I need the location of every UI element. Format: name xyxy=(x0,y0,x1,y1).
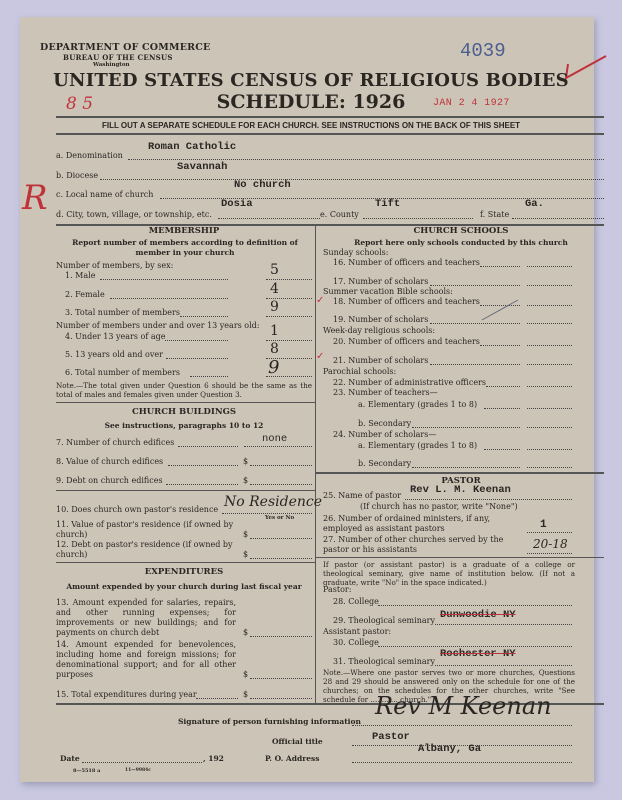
over-13-label: 5. 13 years old and over xyxy=(65,350,163,359)
pastor-seminary-label: 29. Theological seminary xyxy=(333,616,435,625)
edifices-value-field[interactable] xyxy=(250,465,312,466)
benevolences-currency: $ xyxy=(243,670,248,679)
edifices-debt-currency: $ xyxy=(243,476,248,485)
print-code: 11—9984c xyxy=(125,768,151,773)
q22-field[interactable] xyxy=(527,386,572,387)
q23a-field[interactable] xyxy=(527,408,572,409)
pastor-name-label: 25. Name of pastor xyxy=(323,491,401,500)
q22-label: 22. Number of administrative officers xyxy=(333,378,486,387)
po-address-field[interactable]: Albany, Ga xyxy=(418,743,481,755)
pastor-name-field[interactable]: Rev L. M. Keenan xyxy=(410,484,511,496)
red-tick-icon: ✓ xyxy=(316,351,324,362)
q19-label: 19. Number of scholars xyxy=(333,315,428,324)
q23b-label: b. Secondary xyxy=(358,419,411,428)
residence-value-currency: $ xyxy=(243,530,248,539)
denomination-label: a. Denomination xyxy=(56,151,123,160)
salaries-currency: $ xyxy=(243,628,248,637)
buildings-title: CHURCH BUILDINGS xyxy=(56,407,312,417)
membership-note: Note.—The total given under Question 6 s… xyxy=(56,381,312,399)
q19-field[interactable] xyxy=(527,323,572,324)
edifices-count-field[interactable]: none xyxy=(262,433,287,445)
q23b-field[interactable] xyxy=(527,427,572,428)
salaries-expense-label: 13. Amount expended for salaries, repair… xyxy=(56,598,236,638)
under-13-label: 4. Under 13 years of age xyxy=(65,332,165,341)
q16-label: 16. Number of officers and teachers xyxy=(333,258,480,267)
date-label: Date xyxy=(60,754,80,763)
bureau-heading: BUREAU OF THE CENSUS xyxy=(63,53,173,62)
city-heading: Washington xyxy=(93,62,130,68)
assistant-seminary-label: 31. Theological seminary xyxy=(333,657,435,666)
q24a-field[interactable] xyxy=(527,449,572,450)
pastor-college-label: 28. College xyxy=(333,597,379,606)
total-members-field[interactable]: 9 xyxy=(270,299,279,315)
sunday-schools-label: Sunday schools: xyxy=(323,248,388,257)
residence-value-label: 11. Value of pastor's residence (if owne… xyxy=(56,520,236,540)
divider xyxy=(56,133,604,135)
assistant-pastors-label: 26. Number of ordained ministers, if any… xyxy=(323,514,508,534)
pastor-seminary-field[interactable]: Dunwoodie NY xyxy=(440,609,516,621)
female-count-field[interactable]: 4 xyxy=(270,281,279,297)
yes-no-hint: Yes or No xyxy=(265,515,294,521)
q24b-label: b. Secondary xyxy=(358,459,411,468)
total-expenditures-field[interactable] xyxy=(250,698,312,699)
assistant-seminary-field[interactable]: Rochester NY xyxy=(440,648,516,660)
date-year: , 192 xyxy=(203,754,224,763)
signature-label: Signature of person furnishing informati… xyxy=(178,717,361,726)
other-churches-label: 27. Number of other churches served by t… xyxy=(323,535,508,555)
department-heading: DEPARTMENT OF COMMERCE xyxy=(40,42,210,53)
q17-field[interactable] xyxy=(527,285,572,286)
male-label: 1. Male xyxy=(65,271,95,280)
residence-own-label: 10. Does church own pastor's residence xyxy=(56,505,218,514)
total-expenditures-currency: $ xyxy=(243,690,248,699)
benevolences-field[interactable] xyxy=(250,678,312,679)
q17-label: 17. Number of scholars xyxy=(333,277,428,286)
total-members-label: 3. Total number of members xyxy=(65,308,180,317)
city-label: d. City, town, village, or township, etc… xyxy=(56,210,212,219)
summer-schools-label: Summer vacation Bible schools: xyxy=(323,287,453,296)
female-label: 2. Female xyxy=(65,290,105,299)
edifices-value-currency: $ xyxy=(243,457,248,466)
official-title-field[interactable]: Pastor xyxy=(372,731,410,743)
signature-field[interactable]: Rev M Keenan xyxy=(375,692,552,720)
assistant-pastors-field[interactable]: 1 xyxy=(540,519,547,531)
local-name-label: c. Local name of church xyxy=(56,190,153,199)
local-name-field[interactable]: No church xyxy=(234,179,291,191)
form-code: 8—5518 a xyxy=(73,768,100,774)
schedule-year: SCHEDULE: 1926 xyxy=(0,91,622,113)
red-annotation: 8 5 xyxy=(66,94,93,114)
parochial-schools-label: Parochial schools: xyxy=(323,367,396,376)
membership-subtitle: Report number of members according to de… xyxy=(70,238,300,258)
expenditures-title: EXPENDITURES xyxy=(56,567,312,577)
q24-label: 24. Number of scholars— xyxy=(333,430,436,439)
total-members-age-label: 6. Total number of members xyxy=(65,368,180,377)
schools-title: CHURCH SCHOOLS xyxy=(318,226,604,236)
q21-field[interactable] xyxy=(527,364,572,365)
residence-debt-currency: $ xyxy=(243,550,248,559)
q20-field[interactable] xyxy=(527,345,572,346)
diocese-label: b. Diocese xyxy=(56,171,98,180)
expenditures-subtitle: Amount expended by your church during la… xyxy=(56,582,312,591)
city-field[interactable]: Dosia xyxy=(221,198,253,210)
q21-label: 21. Number of scholars xyxy=(333,356,428,365)
pencil-stroke-icon xyxy=(480,298,520,322)
salaries-expense-field[interactable] xyxy=(250,636,312,637)
residence-debt-field[interactable] xyxy=(250,558,312,559)
divider xyxy=(56,116,604,118)
form-title: UNITED STATES CENSUS OF RELIGIOUS BODIES xyxy=(0,70,622,91)
assistant-sublabel: Assistant pastor: xyxy=(323,627,391,636)
over-13-field[interactable]: 8 xyxy=(270,341,279,357)
denomination-field[interactable]: Roman Catholic xyxy=(148,141,236,153)
q18-label: 18. Number of officers and teachers xyxy=(333,297,480,306)
q24a-label: a. Elementary (grades 1 to 8) xyxy=(358,441,477,450)
pastor-sublabel: Pastor: xyxy=(323,585,351,594)
official-title-label: Official title xyxy=(272,737,323,746)
schedule-number: 4039 xyxy=(460,40,506,62)
margin-r-mark: R xyxy=(22,178,48,218)
buildings-subtitle: See instructions, paragraphs 10 to 12 xyxy=(56,421,312,430)
graduate-note: If pastor (or assistant pastor) is a gra… xyxy=(323,560,575,587)
fill-instruction: FILL OUT A SEPARATE SCHEDULE FOR EACH CH… xyxy=(0,121,622,130)
residence-own-field[interactable]: No Residence xyxy=(224,494,322,510)
q23-label: 23. Number of teachers— xyxy=(333,388,438,397)
residence-value-field[interactable] xyxy=(250,538,312,539)
under-13-field[interactable]: 1 xyxy=(270,323,279,339)
edifices-count-label: 7. Number of church edifices xyxy=(56,438,174,447)
red-tick-icon: ✓ xyxy=(316,295,324,306)
county-field[interactable]: Tift xyxy=(375,198,400,210)
po-address-label: P. O. Address xyxy=(265,754,319,763)
edifices-debt-field[interactable] xyxy=(250,484,312,485)
edifices-debt-label: 9. Debt on church edifices xyxy=(56,476,163,485)
other-churches-field[interactable]: 20-18 xyxy=(533,537,568,551)
q18-field[interactable] xyxy=(527,305,572,306)
edifices-value-label: 8. Value of church edifices xyxy=(56,457,163,466)
q20-label: 20. Number of officers and teachers xyxy=(333,337,480,346)
residence-debt-label: 12. Debt on pastor's residence (if owned… xyxy=(56,540,236,560)
benevolences-label: 14. Amount expended for benevolences, in… xyxy=(56,640,236,680)
state-field[interactable]: Ga. xyxy=(525,198,544,210)
q24b-field[interactable] xyxy=(527,467,572,468)
assistant-college-label: 30. College xyxy=(333,638,379,647)
by-age-label: Number of members under and over 13 year… xyxy=(56,321,259,330)
q23a-label: a. Elementary (grades 1 to 8) xyxy=(358,400,477,409)
date-field[interactable] xyxy=(82,762,202,763)
state-label: f. State xyxy=(480,210,509,219)
pastor-name-hint: (If church has no pastor, write "None") xyxy=(360,502,518,511)
received-date-stamp: JAN 2 4 1927 xyxy=(433,98,510,109)
by-sex-label: Number of members, by sex: xyxy=(56,261,173,270)
male-count-field[interactable]: 5 xyxy=(270,262,279,278)
total-members-age-field[interactable]: 9 xyxy=(268,357,279,378)
diocese-field[interactable]: Savannah xyxy=(177,161,227,173)
membership-title: MEMBERSHIP xyxy=(56,226,312,236)
assistant-college-field[interactable] xyxy=(378,646,572,647)
total-expenditures-label: 15. Total expenditures during year xyxy=(56,690,197,699)
schools-subtitle: Report here only schools conducted by th… xyxy=(318,238,604,247)
county-label: e. County xyxy=(320,210,359,219)
pastor-college-field[interactable] xyxy=(378,605,572,606)
q16-field[interactable] xyxy=(527,266,572,267)
weekday-schools-label: Week-day religious schools: xyxy=(323,326,435,335)
